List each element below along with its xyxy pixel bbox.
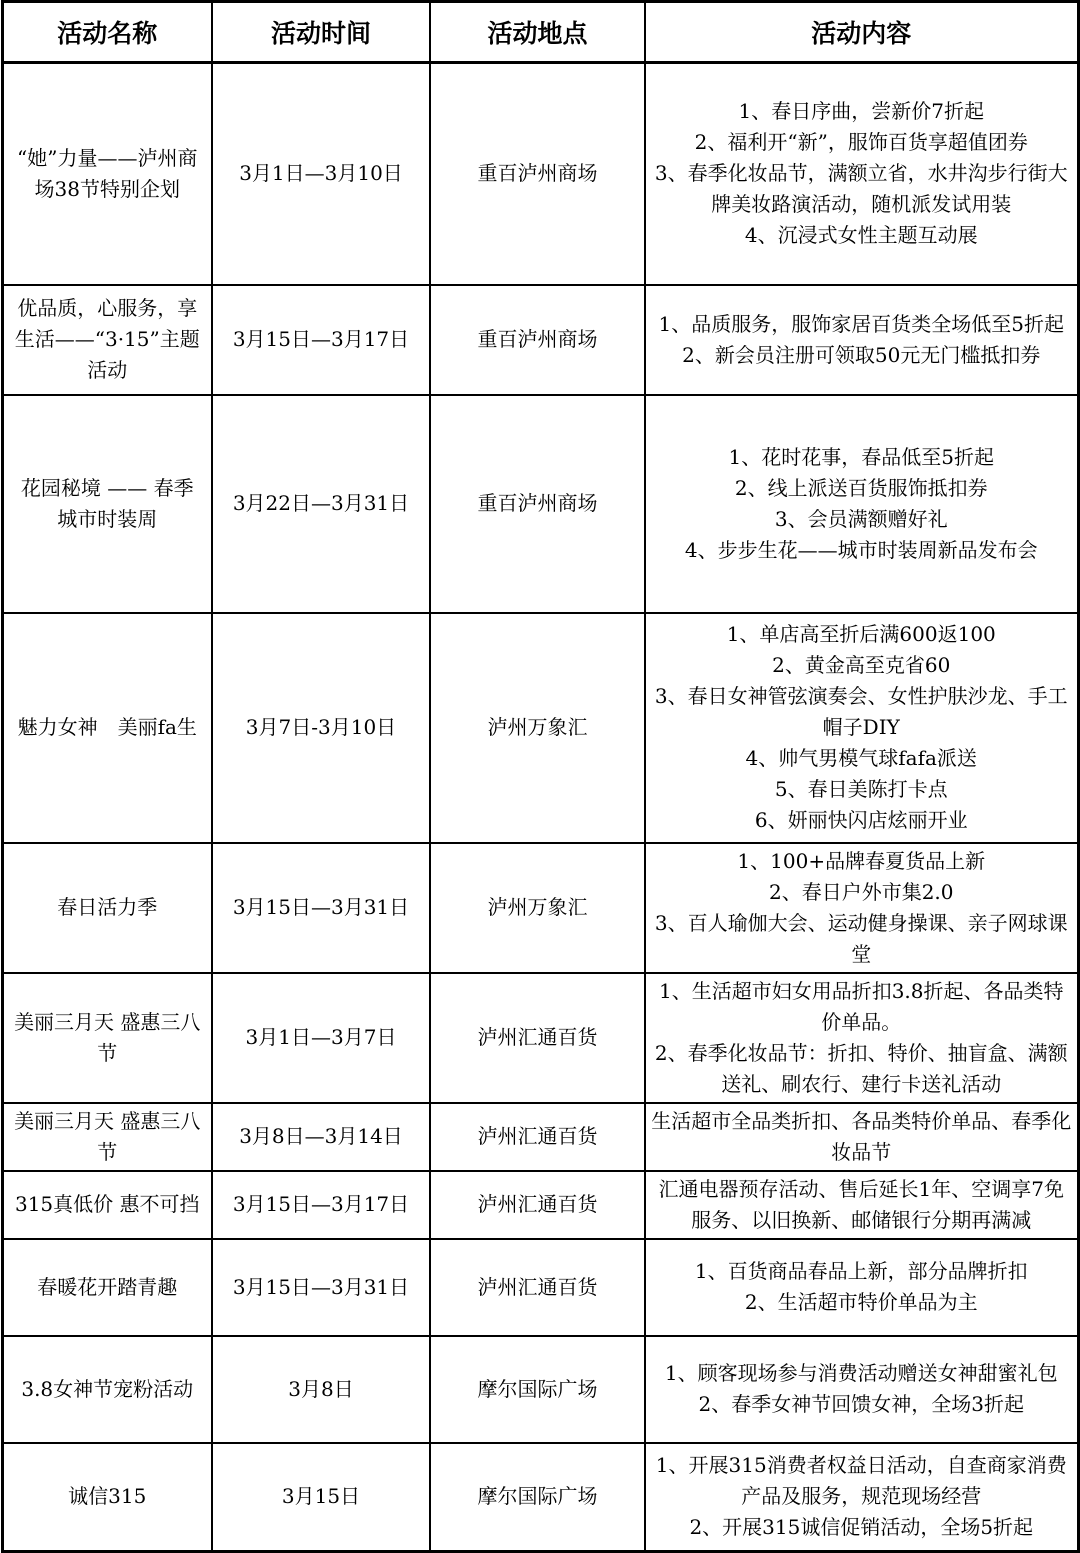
activity-content-line: 2、黄金高至克省60 bbox=[650, 650, 1073, 681]
table-row: 美丽三月天 盛惠三八节3月8日—3月14日泸州汇通百货生活超市全品类折扣、各品类… bbox=[2, 1103, 1078, 1171]
table-row: 春日活力季3月15日—3月31日泸州万象汇1、100+品牌春夏货品上新2、春日户… bbox=[2, 843, 1078, 973]
header-row: 活动名称 活动时间 活动地点 活动内容 bbox=[2, 2, 1078, 63]
activity-content-line: 1、春日序曲，尝新价7折起 bbox=[650, 96, 1073, 127]
header-activity-name: 活动名称 bbox=[2, 2, 212, 63]
activity-name-cell: 3.8女神节宠粉活动 bbox=[2, 1336, 212, 1443]
activity-content-line: 2、线上派送百货服饰抵扣券 bbox=[650, 473, 1073, 504]
activity-location-cell: 摩尔国际广场 bbox=[430, 1443, 645, 1552]
activity-time-cell: 3月15日 bbox=[212, 1443, 430, 1552]
activity-name-cell: 美丽三月天 盛惠三八节 bbox=[2, 1103, 212, 1171]
table-header: 活动名称 活动时间 活动地点 活动内容 bbox=[2, 2, 1078, 63]
activity-location-cell: 泸州汇通百货 bbox=[430, 1103, 645, 1171]
activity-content-cell: 1、生活超市妇女用品折扣3.8折起、各品类特价单品。2、春季化妆品节：折扣、特价… bbox=[645, 973, 1078, 1103]
activity-content-line: 2、春季女神节回馈女神，全场3折起 bbox=[650, 1389, 1073, 1420]
activity-location-cell: 泸州汇通百货 bbox=[430, 973, 645, 1103]
activity-content-line: 2、春日户外市集2.0 bbox=[650, 877, 1073, 908]
activity-name-cell: 花园秘境 —— 春季城市时装周 bbox=[2, 395, 212, 613]
activity-content-line: 3、百人瑜伽大会、运动健身操课、亲子网球课堂 bbox=[650, 908, 1073, 970]
activity-content-cell: 1、春日序曲，尝新价7折起2、福利开“新”，服饰百货享超值团券3、春季化妆品节，… bbox=[645, 63, 1078, 285]
activity-content-line: 1、品质服务，服饰家居百货类全场低至5折起 bbox=[650, 309, 1073, 340]
activity-content-line: 2、新会员注册可领取50元无门槛抵扣券 bbox=[650, 340, 1073, 371]
table-row: 花园秘境 —— 春季城市时装周3月22日—3月31日重百泸州商场1、花时花事，春… bbox=[2, 395, 1078, 613]
activity-name-cell: 315真低价 惠不可挡 bbox=[2, 1171, 212, 1239]
activity-name-cell: 春日活力季 bbox=[2, 843, 212, 973]
activity-content-line: 6、妍丽快闪店炫丽开业 bbox=[650, 805, 1073, 836]
activity-name-cell: 优品质，心服务，享生活——“3·15”主题活动 bbox=[2, 285, 212, 395]
table-row: 春暖花开踏青趣3月15日—3月31日泸州汇通百货1、百货商品春品上新，部分品牌折… bbox=[2, 1239, 1078, 1336]
activity-name-cell: 美丽三月天 盛惠三八节 bbox=[2, 973, 212, 1103]
activity-content-line: 1、生活超市妇女用品折扣3.8折起、各品类特价单品。 bbox=[650, 976, 1073, 1038]
activity-content-line: 2、福利开“新”，服饰百货享超值团券 bbox=[650, 127, 1073, 158]
table-body: “她”力量——泸州商场38节特别企划3月1日—3月10日重百泸州商场1、春日序曲… bbox=[2, 63, 1078, 1552]
activity-content-line: 5、春日美陈打卡点 bbox=[650, 774, 1073, 805]
activity-location-cell: 重百泸州商场 bbox=[430, 395, 645, 613]
activity-name-cell: “她”力量——泸州商场38节特别企划 bbox=[2, 63, 212, 285]
activity-location-cell: 泸州汇通百货 bbox=[430, 1239, 645, 1336]
activity-content-cell: 1、品质服务，服饰家居百货类全场低至5折起2、新会员注册可领取50元无门槛抵扣券 bbox=[645, 285, 1078, 395]
activity-content-line: 1、开展315消费者权益日活动，自查商家消费产品及服务，规范现场经营 bbox=[650, 1450, 1073, 1512]
table-row: 优品质，心服务，享生活——“3·15”主题活动3月15日—3月17日重百泸州商场… bbox=[2, 285, 1078, 395]
activity-content-cell: 1、百货商品春品上新，部分品牌折扣2、生活超市特价单品为主 bbox=[645, 1239, 1078, 1336]
activity-content-line: 1、花时花事，春品低至5折起 bbox=[650, 442, 1073, 473]
activity-name-cell: 诚信315 bbox=[2, 1443, 212, 1552]
header-activity-time: 活动时间 bbox=[212, 2, 430, 63]
activity-time-cell: 3月1日—3月10日 bbox=[212, 63, 430, 285]
activity-content-cell: 生活超市全品类折扣、各品类特价单品、春季化妆品节 bbox=[645, 1103, 1078, 1171]
activity-location-cell: 重百泸州商场 bbox=[430, 285, 645, 395]
activity-time-cell: 3月22日—3月31日 bbox=[212, 395, 430, 613]
activity-content-line: 3、春季化妆品节，满额立省，水井沟步行街大牌美妆路演活动，随机派发试用装 bbox=[650, 158, 1073, 220]
activity-location-cell: 泸州万象汇 bbox=[430, 843, 645, 973]
activity-content-line: 1、100+品牌春夏货品上新 bbox=[650, 846, 1073, 877]
activity-content-line: 汇通电器预存活动、售后延长1年、空调享7免服务、以旧换新、邮储银行分期再满减 bbox=[650, 1174, 1073, 1236]
activity-content-line: 1、百货商品春品上新，部分品牌折扣 bbox=[650, 1256, 1073, 1287]
header-activity-content: 活动内容 bbox=[645, 2, 1078, 63]
table-row: “她”力量——泸州商场38节特别企划3月1日—3月10日重百泸州商场1、春日序曲… bbox=[2, 63, 1078, 285]
activity-time-cell: 3月7日-3月10日 bbox=[212, 613, 430, 843]
table-row: 3.8女神节宠粉活动3月8日摩尔国际广场1、顾客现场参与消费活动赠送女神甜蜜礼包… bbox=[2, 1336, 1078, 1443]
activity-time-cell: 3月8日 bbox=[212, 1336, 430, 1443]
activity-time-cell: 3月1日—3月7日 bbox=[212, 973, 430, 1103]
activity-content-cell: 1、顾客现场参与消费活动赠送女神甜蜜礼包2、春季女神节回馈女神，全场3折起 bbox=[645, 1336, 1078, 1443]
activity-time-cell: 3月15日—3月31日 bbox=[212, 843, 430, 973]
activity-content-line: 4、帅气男模气球fafa派送 bbox=[650, 743, 1073, 774]
activity-content-cell: 1、单店高至折后满600返1002、黄金高至克省603、春日女神管弦演奏会、女性… bbox=[645, 613, 1078, 843]
table-row: 魅力女神 美丽fa生3月7日-3月10日泸州万象汇1、单店高至折后满600返10… bbox=[2, 613, 1078, 843]
activity-content-cell: 汇通电器预存活动、售后延长1年、空调享7免服务、以旧换新、邮储银行分期再满减 bbox=[645, 1171, 1078, 1239]
activity-location-cell: 重百泸州商场 bbox=[430, 63, 645, 285]
activity-time-cell: 3月8日—3月14日 bbox=[212, 1103, 430, 1171]
activity-content-line: 3、会员满额赠好礼 bbox=[650, 504, 1073, 535]
activity-time-cell: 3月15日—3月17日 bbox=[212, 1171, 430, 1239]
event-schedule-table: 活动名称 活动时间 活动地点 活动内容 “她”力量——泸州商场38节特别企划3月… bbox=[1, 0, 1080, 1553]
table-row: 美丽三月天 盛惠三八节3月1日—3月7日泸州汇通百货1、生活超市妇女用品折扣3.… bbox=[2, 973, 1078, 1103]
activity-content-line: 2、生活超市特价单品为主 bbox=[650, 1287, 1073, 1318]
activity-content-line: 4、沉浸式女性主题互动展 bbox=[650, 220, 1073, 251]
activity-name-cell: 春暖花开踏青趣 bbox=[2, 1239, 212, 1336]
activity-content-line: 1、单店高至折后满600返100 bbox=[650, 619, 1073, 650]
activity-time-cell: 3月15日—3月17日 bbox=[212, 285, 430, 395]
table-row: 315真低价 惠不可挡3月15日—3月17日泸州汇通百货汇通电器预存活动、售后延… bbox=[2, 1171, 1078, 1239]
activity-content-line: 1、顾客现场参与消费活动赠送女神甜蜜礼包 bbox=[650, 1358, 1073, 1389]
activity-content-line: 生活超市全品类折扣、各品类特价单品、春季化妆品节 bbox=[650, 1106, 1073, 1168]
table-row: 诚信3153月15日摩尔国际广场1、开展315消费者权益日活动，自查商家消费产品… bbox=[2, 1443, 1078, 1552]
header-activity-location: 活动地点 bbox=[430, 2, 645, 63]
activity-content-line: 2、春季化妆品节：折扣、特价、抽盲盒、满额送礼、刷农行、建行卡送礼活动 bbox=[650, 1038, 1073, 1100]
activity-content-cell: 1、开展315消费者权益日活动，自查商家消费产品及服务，规范现场经营2、开展31… bbox=[645, 1443, 1078, 1552]
activity-location-cell: 泸州汇通百货 bbox=[430, 1171, 645, 1239]
activity-location-cell: 泸州万象汇 bbox=[430, 613, 645, 843]
activity-content-cell: 1、100+品牌春夏货品上新2、春日户外市集2.03、百人瑜伽大会、运动健身操课… bbox=[645, 843, 1078, 973]
activity-location-cell: 摩尔国际广场 bbox=[430, 1336, 645, 1443]
activity-time-cell: 3月15日—3月31日 bbox=[212, 1239, 430, 1336]
activity-content-line: 3、春日女神管弦演奏会、女性护肤沙龙、手工帽子DIY bbox=[650, 681, 1073, 743]
activity-content-line: 4、步步生花——城市时装周新品发布会 bbox=[650, 535, 1073, 566]
activity-content-line: 2、开展315诚信促销活动，全场5折起 bbox=[650, 1512, 1073, 1543]
activity-content-cell: 1、花时花事，春品低至5折起2、线上派送百货服饰抵扣券3、会员满额赠好礼4、步步… bbox=[645, 395, 1078, 613]
activity-name-cell: 魅力女神 美丽fa生 bbox=[2, 613, 212, 843]
